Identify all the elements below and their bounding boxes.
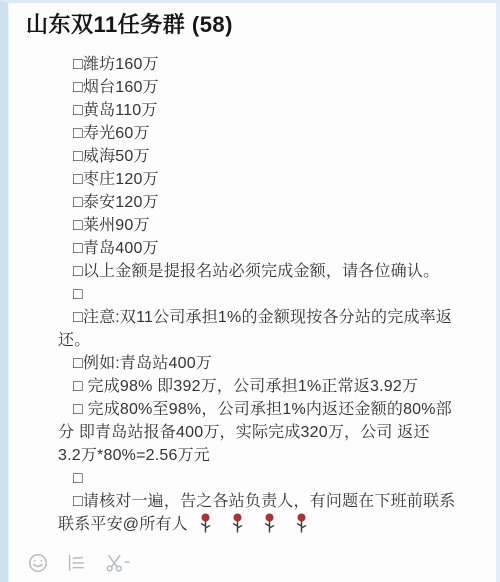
input-toolbar: [25, 550, 133, 576]
rose-icon: [198, 513, 213, 533]
message-line: 3.2万*80%=2.56万元: [58, 444, 474, 467]
message-line: □: [58, 467, 474, 490]
emoji-picker-button[interactable]: [25, 550, 51, 576]
message-body: □潍坊160万□烟台160万□黄岛110万□寿光60万□威海50万□枣庄120万…: [58, 53, 474, 536]
message-line: □请核对一遍，告之各站负责人，有问题在下班前联系: [58, 490, 474, 513]
message-line: □寿光60万: [58, 122, 474, 145]
smiley-icon: [27, 552, 49, 574]
screenshot-button[interactable]: [101, 550, 133, 576]
message-line: □青岛400万: [58, 237, 474, 260]
scissors-icon: [103, 552, 131, 574]
rose-icon: [294, 513, 309, 533]
message-line: □ 完成98% 即392万，公司承担1%正常返3.92万: [58, 375, 474, 398]
chat-title: 山东双11任务群 (58): [26, 8, 233, 39]
chat-window: 山东双11任务群 (58) □潍坊160万□烟台160万□黄岛110万□寿光60…: [0, 0, 500, 582]
message-line: □烟台160万: [58, 76, 474, 99]
document-lines-icon: [65, 552, 87, 574]
message-line: □以上金额是提报名站必须完成金额，请各位确认。: [58, 260, 474, 283]
message-line: □注意:双11公司承担1%的金额现按各分站的完成率返: [58, 306, 474, 329]
message-line: □枣庄120万: [58, 168, 474, 191]
message-line: □ 完成80%至98%，公司承担1%内返还金额的80%部: [58, 398, 474, 421]
message-line: 还。: [58, 329, 474, 352]
rose-icon: [230, 513, 245, 533]
rose-icon: [262, 513, 277, 533]
message-line: □潍坊160万: [58, 53, 474, 76]
chat-record-button[interactable]: [63, 550, 89, 576]
message-line: □黄岛110万: [58, 99, 474, 122]
message-line: □莱州90万: [58, 214, 474, 237]
message-line: □: [58, 283, 474, 306]
message-line: □例如:青岛站400万: [58, 352, 474, 375]
message-line: □泰安120万: [58, 191, 474, 214]
message-line: □威海50万: [58, 145, 474, 168]
message-line: 分 即青岛站报备400万，实际完成320万，公司 返还: [58, 421, 474, 444]
message-line: 联系平安@所有人: [58, 513, 474, 536]
